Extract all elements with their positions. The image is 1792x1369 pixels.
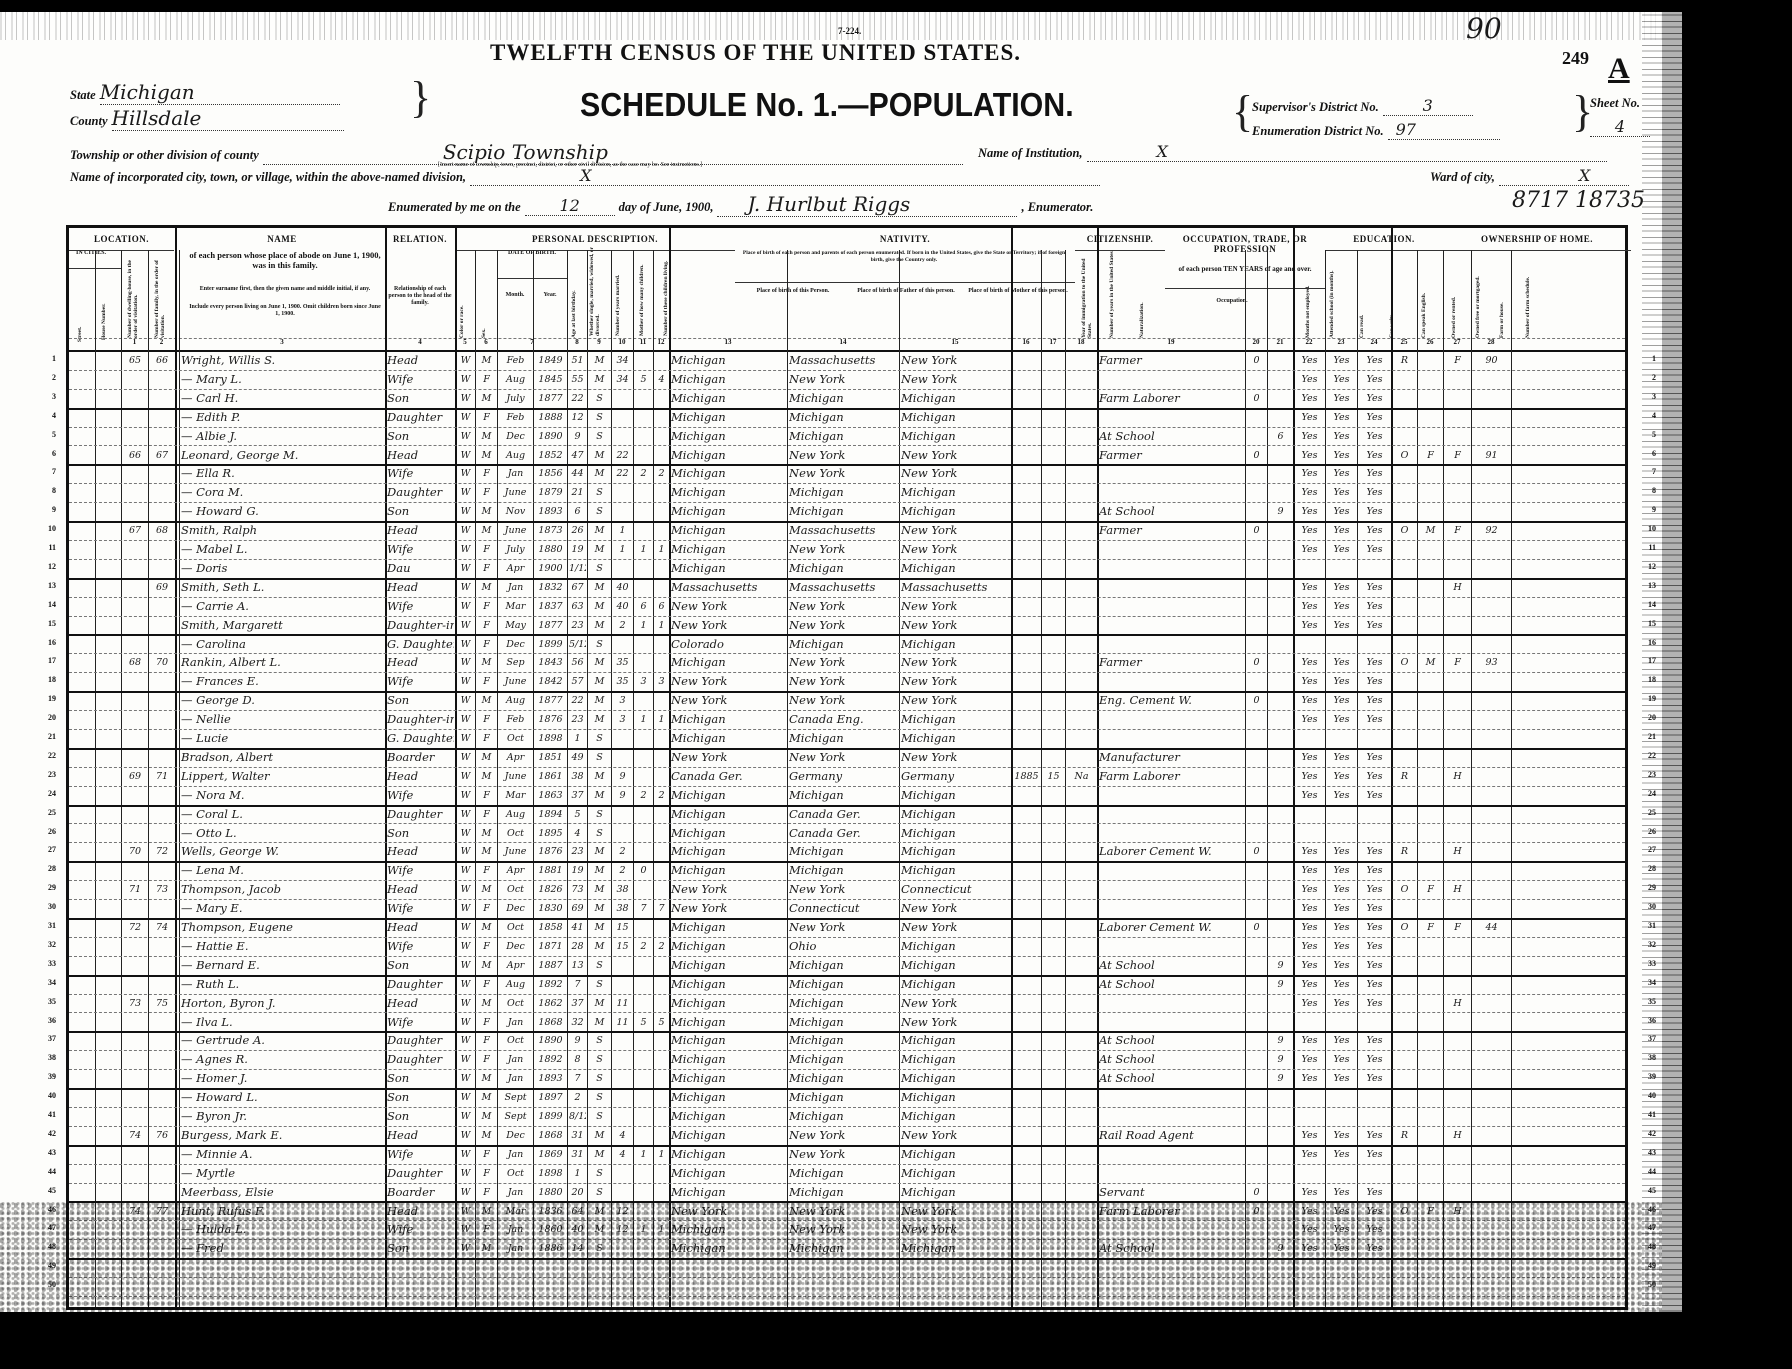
cell-color [457,1277,474,1295]
cell-year: 1873 [535,521,566,539]
table-row: 7476Burgess, Mark E.HeadWMDec186831M4Mic… [69,1126,1625,1145]
cell-yrs [1043,389,1064,407]
row-number: 13 [1636,581,1656,590]
cell-fh: H [1445,578,1470,596]
cell-fam: 75 [150,994,174,1012]
month-label: Month. [497,292,533,299]
row-number: 8 [1636,486,1656,495]
cell-month: May [499,616,532,634]
cell-dw [123,672,147,690]
cell-pob: Michigan [671,1069,786,1087]
cell-sex: F [477,1050,496,1068]
cell-sex: F [477,899,496,917]
cell-rd: Yes [1295,861,1324,879]
cell-year: 1890 [535,1031,566,1049]
cell-fs [1473,805,1510,823]
cell-rel: Head [387,842,454,860]
cell-nat [1067,748,1096,766]
cell-nat [1067,975,1096,993]
cell-nat [1067,635,1096,653]
cell-occ: Laborer Cement W. [1099,918,1244,936]
cell-yrs [1043,710,1064,728]
cell-en: Yes [1359,1202,1390,1220]
cell-rd: Yes [1295,351,1324,369]
cell-fam [150,1277,174,1295]
cell-month: Sep [499,653,532,671]
cell-sch [1269,805,1292,823]
cell-sex: M [477,521,496,539]
table-row: — Albie J.SonWMDec18909SMichiganMichigan… [69,427,1625,446]
cell-year: 1899 [535,1107,566,1125]
cell-fam [150,748,174,766]
cell-mar: M [589,1145,610,1163]
cell-rel: Daughter [387,1050,454,1068]
cell-fh [1445,899,1470,917]
cell-rel: Wife [387,786,454,804]
cell-occ [1099,672,1244,690]
table-row: 7477Hunt, Rufus F.HeadWMMar183664M12New … [69,1202,1625,1221]
cell-occ [1099,1258,1244,1276]
cell-ym: 1 [613,521,632,539]
cell-ym [613,408,632,426]
cell-unemp [1247,805,1266,823]
cell-fs [1473,1145,1510,1163]
cell-sex: F [477,370,496,388]
cell-en [1359,1277,1390,1295]
cell-fh: H [1445,842,1470,860]
cell-free [1419,956,1442,974]
cell-fs: 91 [1473,446,1510,464]
cell-month: Apr [499,956,532,974]
cell-own [1393,427,1416,445]
cell-fh [1445,370,1470,388]
cell-sex: F [477,483,496,501]
house-number-label: House Number. [101,280,107,340]
cell-color: W [457,786,474,804]
cell-sex: M [477,956,496,974]
cell-free: F [1419,880,1442,898]
cell-yrs [1043,1050,1064,1068]
cell-mo [635,842,652,860]
cell-rd: Yes [1295,994,1324,1012]
cell-ym: 38 [613,880,632,898]
cell-pobm: New York [901,691,1010,709]
cell-en: Yes [1359,1220,1390,1238]
in-cities-label: IN CITIES. [73,250,109,257]
cell-pob: Michigan [671,464,786,482]
cell-color: W [457,578,474,596]
table-row: — Minnie A.WifeWFJan186931M411MichiganNe… [69,1145,1625,1164]
sheet-label: Sheet No. [1590,96,1650,111]
cell-mo: 7 [635,899,652,917]
cell-dw: 66 [123,446,147,464]
cell-yrs [1043,616,1064,634]
cell-yrs [1043,483,1064,501]
cell-dw [123,861,147,879]
cell-en: Yes [1359,389,1390,407]
cell-month: July [499,540,532,558]
cell-unemp: 0 [1247,389,1266,407]
cell-pobf: Michigan [789,975,898,993]
cell-own [1393,691,1416,709]
cell-month: June [499,842,532,860]
cell-rd: Yes [1295,389,1324,407]
cell-sch [1269,691,1292,709]
cell-pobf: New York [789,918,898,936]
cell-year [535,1277,566,1295]
cell-mar: S [589,805,610,823]
cell-name: — Nora M. [181,786,384,804]
state-field: State Michigan [70,80,340,105]
cell-mar: M [589,521,610,539]
cell-nat [1067,672,1096,690]
cell-color: W [457,1088,474,1106]
cell-imm: 1885 [1013,767,1040,785]
cell-yrs [1043,1031,1064,1049]
cell-rel: Son [387,1107,454,1125]
cell-pobm: Michigan [901,483,1010,501]
cell-ch [655,1126,668,1144]
cell-pobm [901,1277,1010,1295]
cell-fam: 66 [150,351,174,369]
header-nativity: NATIVITY. [735,234,1075,244]
cell-fam [150,710,174,728]
cell-month: Aug [499,370,532,388]
cell-fh [1445,691,1470,709]
cell-pobm: New York [901,748,1010,766]
column-number: 5 [455,338,475,346]
cell-ym: 15 [613,918,632,936]
cell-pobm: Michigan [901,502,1010,520]
cell-unemp: 0 [1247,521,1266,539]
cell-yrs [1043,861,1064,879]
row-number: 29 [1636,883,1656,892]
cell-age: 7 [569,1069,586,1087]
cell-color: W [457,918,474,936]
state-label: State [70,88,96,102]
color-label: Color or race. [459,288,465,338]
cell-fh [1445,616,1470,634]
row-number: 4 [36,411,56,420]
cell-mar: M [589,351,610,369]
cell-fs: 90 [1473,351,1510,369]
row-number: 7 [36,467,56,476]
cell-mo: 3 [635,672,652,690]
cell-sch: 9 [1269,502,1292,520]
cell-ch [655,483,668,501]
cell-name: Wells, George W. [181,842,384,860]
cell-age: 26 [569,521,586,539]
cell-fam [150,427,174,445]
cell-imm [1013,1013,1040,1031]
table-row: 7173Thompson, JacobHeadWMOct182673M38New… [69,880,1625,899]
cell-color: W [457,1126,474,1144]
header-location: LOCATION. [69,234,174,244]
cell-dw [123,1239,147,1257]
cell-sch [1269,994,1292,1012]
cell-dw [123,597,147,615]
cell-own: O [1393,653,1416,671]
cell-pob: Michigan [671,1183,786,1201]
cell-fh [1445,824,1470,842]
cell-fh [1445,1220,1470,1238]
cell-age [569,1258,586,1276]
cell-age: 9 [569,1031,586,1049]
cell-name: — Myrtle [181,1164,384,1182]
cell-nat [1067,1031,1096,1049]
cell-own [1393,540,1416,558]
cell-color [457,1258,474,1276]
cell-fam [150,729,174,747]
cell-free [1419,1277,1442,1295]
cell-nat [1067,691,1096,709]
cell-name: — Mary E. [181,899,384,917]
cell-unemp [1247,1126,1266,1144]
cell-ch [655,767,668,785]
cell-fam: 69 [150,578,174,596]
cell-own [1393,748,1416,766]
cell-sch [1269,1220,1292,1238]
cell-rd: Yes [1295,597,1324,615]
cell-mo: 2 [635,937,652,955]
cell-en: Yes [1359,956,1390,974]
cell-month: Oct [499,994,532,1012]
cell-month: Jan [499,1050,532,1068]
column-number: 12 [653,338,669,346]
cell-ym: 2 [613,616,632,634]
header-name: NAME [180,234,384,244]
cell-color: W [457,427,474,445]
cell-occ [1099,729,1244,747]
cell-rel: Son [387,389,454,407]
cell-age: 8 [569,1050,586,1068]
cell-mo: 1 [635,710,652,728]
cell-pobm: New York [901,370,1010,388]
cell-mo [635,502,652,520]
cell-fh [1445,464,1470,482]
cell-ch [655,729,668,747]
cell-fs [1473,616,1510,634]
cell-year: 1886 [535,1239,566,1257]
cell-rd: Yes [1295,918,1324,936]
children-living-label: Number of these children living. [663,246,679,336]
cell-pobf: New York [789,1126,898,1144]
cell-own [1393,710,1416,728]
cell-mo [635,559,652,577]
cell-unemp [1247,578,1266,596]
cell-own [1393,956,1416,974]
cell-dw [123,1013,147,1031]
cell-age: 22 [569,691,586,709]
cell-rel: G. Daughter [387,729,454,747]
cell-mo: 1 [635,1220,652,1238]
cell-own [1393,1164,1416,1182]
cell-month: July [499,389,532,407]
cell-own [1393,1107,1416,1125]
cell-occ: Farmer [1099,446,1244,464]
cell-sch [1269,899,1292,917]
cell-fs [1473,880,1510,898]
cell-month: Jan [499,578,532,596]
row-number: 20 [1636,713,1656,722]
cell-wr: Yes [1327,1069,1356,1087]
cell-wr: Yes [1327,446,1356,464]
cell-unemp [1247,597,1266,615]
cell-name: Rankin, Albert L. [181,653,384,671]
cell-ym: 9 [613,767,632,785]
cell-nat [1067,1183,1096,1201]
cell-month: Apr [499,861,532,879]
cell-sex: M [477,880,496,898]
cell-rel: Son [387,824,454,842]
cell-mo [635,1107,652,1125]
cell-sex: M [477,842,496,860]
table-row: — Otto L.SonWMOct18954SMichiganCanada Ge… [69,824,1625,843]
cell-unemp: 0 [1247,351,1266,369]
cell-yrs [1043,1088,1064,1106]
cell-en: Yes [1359,351,1390,369]
column-number: 13 [669,338,787,346]
cell-pobf: New York [789,672,898,690]
cell-mo [635,1069,652,1087]
table-row: — Hattie E.WifeWFDec187128M1522MichiganO… [69,937,1625,956]
cell-nat: Na [1067,767,1096,785]
cell-yrs [1043,1239,1064,1257]
column-number: 18 [1065,338,1097,346]
cell-occ: Farmer [1099,351,1244,369]
cell-yrs [1043,559,1064,577]
cell-occ [1099,1164,1244,1182]
row-number: 15 [36,619,56,628]
cell-pobm: Michigan [901,408,1010,426]
cell-ym [613,502,632,520]
cell-pob: New York [671,899,786,917]
cell-fh: H [1445,767,1470,785]
dwelling-number-label: Number of dwelling-house, in the order o… [127,246,145,338]
cell-pobf: Canada Ger. [789,824,898,842]
row-number: 18 [36,675,56,684]
cell-pobm: Michigan [901,975,1010,993]
cell-year: 1881 [535,861,566,879]
cell-rd [1295,805,1324,823]
cell-yrs [1043,351,1064,369]
cell-fh [1445,540,1470,558]
cell-fam [150,937,174,955]
cell-name: — Lena M. [181,861,384,879]
column-number: 25 [1391,338,1417,346]
cell-wr: Yes [1327,1239,1356,1257]
cell-sex: F [477,1145,496,1163]
cell-imm [1013,786,1040,804]
cell-rel: Wife [387,1145,454,1163]
cell-ym: 4 [613,1126,632,1144]
table-row: — Ruth L.DaughterWFAug18927SMichiganMich… [69,975,1625,994]
cell-yrs [1043,521,1064,539]
cell-fam [150,1031,174,1049]
cell-imm [1013,653,1040,671]
cell-pobm: Michigan [901,1239,1010,1257]
cell-occ [1099,805,1244,823]
cell-ym [613,1164,632,1182]
header-ownership: OWNERSHIP OF HOME. [1443,234,1631,244]
cell-unemp [1247,956,1266,974]
cell-pobm [901,1258,1010,1276]
cell-rd: Yes [1295,464,1324,482]
cell-age: 23 [569,616,586,634]
cell-mo [635,975,652,993]
cell-unemp [1247,1277,1266,1295]
cell-sch [1269,1164,1292,1182]
cell-nat [1067,1277,1096,1295]
cell-en: Yes [1359,1050,1390,1068]
cell-fam [150,1258,174,1276]
cell-ym: 11 [613,994,632,1012]
cell-en [1359,824,1390,842]
cell-free [1419,1107,1442,1125]
cell-year: 1858 [535,918,566,936]
cell-pobm: Michigan [901,559,1010,577]
cell-fam [150,540,174,558]
scan-noise-top [0,12,1662,40]
cell-ym: 15 [613,937,632,955]
cell-fam [150,975,174,993]
cell-rd: Yes [1295,1069,1324,1087]
cell-occ [1099,635,1244,653]
cell-rel: Head [387,767,454,785]
cell-dw: 72 [123,918,147,936]
cell-year: 1845 [535,370,566,388]
form-number: 7-224. [838,26,861,36]
cell-mar: S [589,956,610,974]
cell-fh [1445,597,1470,615]
cell-dw [123,956,147,974]
cell-fh [1445,1164,1470,1182]
row-number: 35 [1636,997,1656,1006]
cell-pobm: Michigan [901,1050,1010,1068]
header-relation: RELATION. [385,234,455,244]
cell-fam [150,559,174,577]
cell-year: 1892 [535,1050,566,1068]
years-in-us-label: Number of years in the United States. [1109,248,1125,338]
cell-sch [1269,464,1292,482]
column-number: 11 [633,338,653,346]
cell-mo [635,918,652,936]
cell-own [1393,408,1416,426]
cell-occ [1099,483,1244,501]
cell-month: Oct [499,1164,532,1182]
cell-color: W [457,351,474,369]
cell-ch [655,521,668,539]
cell-unemp [1247,1069,1266,1087]
cell-imm [1013,1145,1040,1163]
cell-fam [150,786,174,804]
cell-pobf: Michigan [789,1031,898,1049]
cell-unemp [1247,502,1266,520]
cell-imm [1013,389,1040,407]
cell-wr [1327,729,1356,747]
cell-dw [123,786,147,804]
cell-pobf: Massachusetts [789,578,898,596]
cell-rd: Yes [1295,937,1324,955]
cell-occ [1099,861,1244,879]
cell-own [1393,1145,1416,1163]
cell-month: Jan [499,1013,532,1031]
cell-en [1359,1107,1390,1125]
cell-pob: Michigan [671,805,786,823]
cell-rel [387,1258,454,1276]
cell-ch: 6 [655,597,668,615]
cell-pobf: Michigan [789,427,898,445]
